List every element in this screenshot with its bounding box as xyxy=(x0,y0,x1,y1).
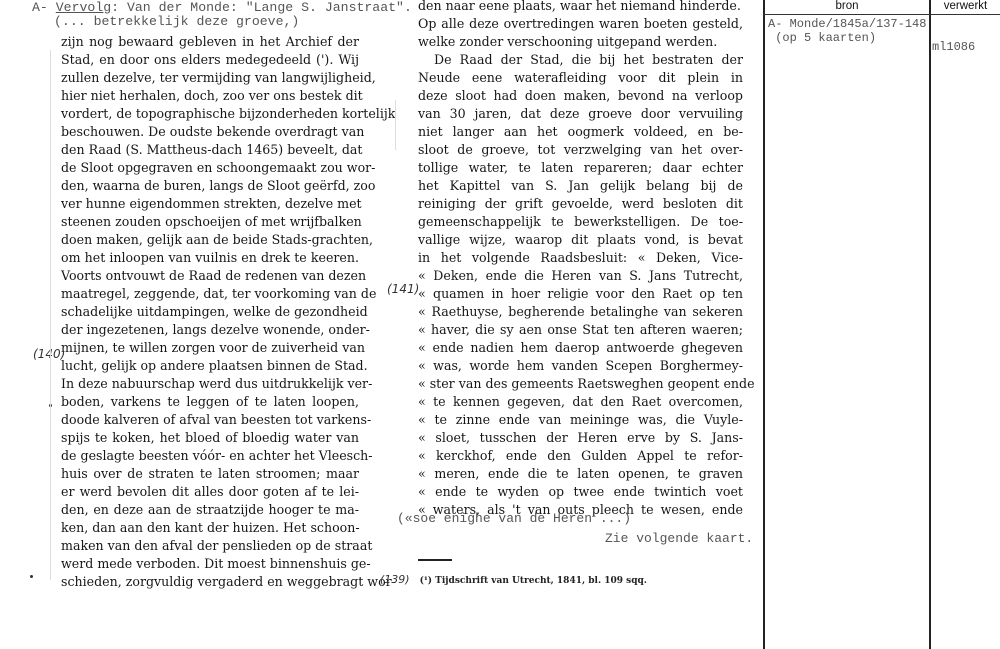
text-line: reiniging der grift gevoelde, werd beslo… xyxy=(418,195,743,213)
text-line: « sloet, tusschen der Heren erve by S. J… xyxy=(418,429,743,447)
scan-margin-line xyxy=(50,50,51,580)
bron-line-2: (op 5 kaarten) xyxy=(768,31,876,45)
text-line: « was, worde hem vanden Scepen Borgherme… xyxy=(418,357,743,375)
text-line: « meren, ende die te laten openen, te gr… xyxy=(418,465,743,483)
text-line: Stad, en door ons elders medegedeeld (')… xyxy=(61,51,359,69)
table-border-left xyxy=(763,0,765,649)
header-text: : Van der Monde: "Lange S. Janstraat". xyxy=(111,0,412,15)
next-card-note: Zie volgende kaart. xyxy=(605,531,753,546)
text-line: steenen zouden opschoeijen of met wrijfb… xyxy=(61,213,359,231)
bron-line-1: A- Monde/1845a/137-148 xyxy=(768,17,926,31)
text-line: « ende nadien hem daerop antwoerde ghege… xyxy=(418,339,743,357)
verwerkt-value: ml1086 xyxy=(932,40,975,54)
text-line: « quamen in hoer religie voor den Raet o… xyxy=(418,285,743,303)
text-line: welke zonder verschooning uitgepand werd… xyxy=(418,33,743,51)
text-line: der ingezetenen, langs dezelve wonende, … xyxy=(61,321,359,339)
text-line: doode kalveren of afval van beesten tot … xyxy=(61,411,359,429)
text-line: Op alle deze overtredingen waren boeten … xyxy=(418,15,743,33)
footnote-text: (¹) Tijdschrift van Utrecht, 1841, bl. 1… xyxy=(420,576,647,586)
text-line: ver hunne eigendommen strekten, dezelve … xyxy=(61,195,359,213)
text-line: de geslagte beesten vóór- en achter het … xyxy=(61,447,359,465)
table-header-rule xyxy=(763,14,1000,15)
text-line: « haver, die sy aen onse Stat ten aftere… xyxy=(418,321,743,339)
column-header-verwerkt: verwerkt xyxy=(931,0,1000,12)
text-line: « te zinne ende van meininge was, die Vu… xyxy=(418,411,743,429)
text-line: den, en deze aan de straatzijde hooger t… xyxy=(61,501,359,519)
text-line: « ende te wyden op twee ende twintich vo… xyxy=(418,483,743,501)
text-line: gemeenschappelijk te bewerkstelligen. De… xyxy=(418,213,743,231)
footnote: (139)(¹) Tijdschrift van Utrecht, 1841, … xyxy=(380,573,647,586)
text-line: werd mede verboden. Dit moest binnenshui… xyxy=(61,555,359,573)
text-line: vallige wijze, waarop dit plaats vond, i… xyxy=(418,231,743,249)
text-line: schieden, zorgvuldig vergaderd en weggeb… xyxy=(61,573,359,591)
text-line: in het volgende Raadsbesluit: « Deken, V… xyxy=(418,249,743,267)
continuation-text: («soe enighe van de Heren ...) xyxy=(397,511,631,526)
text-line: lucht, gelijk op andere plaatsen binnen … xyxy=(61,357,359,375)
text-line: tollige water, te laten repareren; daar … xyxy=(418,159,743,177)
text-line: ken, dan aan den kant der huizen. Het sc… xyxy=(61,519,359,537)
text-line: doen maken, gelijk aan de beide Stads-gr… xyxy=(61,231,359,249)
text-line: den, waarna de buren, langs de Sloot geë… xyxy=(61,177,359,195)
header-prefix: A- xyxy=(32,0,56,15)
text-line: « kerckhof, ende den Gulden Appel te ref… xyxy=(418,447,743,465)
column-header-bron: bron xyxy=(765,0,929,12)
text-line: hier niet herhalen, doch, zoo ver ons be… xyxy=(61,87,359,105)
scan-dot xyxy=(30,575,33,578)
text-line: mijnen, te willen zorgen voor de zuiverh… xyxy=(61,339,359,357)
scan-margin-line xyxy=(395,100,396,150)
text-line: maatregel, zeggende, dat, ter voorkoming… xyxy=(61,285,359,303)
text-line: beschouwen. De oudste bekende overdragt … xyxy=(61,123,359,141)
right-text-column: den naar eene plaats, waar het niemand h… xyxy=(418,0,743,519)
text-line: het Kapittel van S. Jan gelijk belang bi… xyxy=(418,177,743,195)
text-line: sloot de groeve, tot verzwelging van het… xyxy=(418,141,743,159)
text-line: « te kennen gegeven, dat den Raet overco… xyxy=(418,393,743,411)
text-line: « Raethuyse, begherende betalinghe van s… xyxy=(418,303,743,321)
text-line: De Raad der Stad, die bij het bestraten … xyxy=(418,51,743,69)
footnote-divider xyxy=(418,559,452,561)
text-line: vordert, de topographische bijzonderhede… xyxy=(61,105,359,123)
text-line: zullen dezelve, ter vermijding van langw… xyxy=(61,69,359,87)
text-line: Voorts ontvouwt de Raad de redenen van d… xyxy=(61,267,359,285)
text-line: er werd bevolen dit alles door goten af … xyxy=(61,483,359,501)
text-line: huis over de straten te laten stroomen; … xyxy=(61,465,359,483)
text-line: niet langer aan het oogmerk voldeed, en … xyxy=(418,123,743,141)
text-line: zijn nog bewaard gebleven in het Archief… xyxy=(61,33,359,51)
text-line: om het inloopen van vuilnis en drek te k… xyxy=(61,249,359,267)
footnote-page-number: (139) xyxy=(380,573,410,586)
text-line: maken van den afval der penslieden op de… xyxy=(61,537,359,555)
text-line: « ster van des gemeents Raetsweghen geop… xyxy=(418,375,743,393)
text-line: deze sloot had doen maken, bevond na ver… xyxy=(418,87,743,105)
table-border-middle xyxy=(929,0,931,649)
left-text-column: zijn nog bewaard gebleven in het Archief… xyxy=(61,33,359,591)
text-line: spijs te koken, het bloed of bloedig wat… xyxy=(61,429,359,447)
text-line: den Raad (S. Mattheus-dach 1465) beveelt… xyxy=(61,141,359,159)
text-line: « Deken, ende die Heren van S. Jans Tutr… xyxy=(418,267,743,285)
header-label: Vervolg xyxy=(56,0,111,15)
text-line: de Sloot opgegraven en schoongemaakt zou… xyxy=(61,159,359,177)
text-line: den naar eene plaats, waar het niemand h… xyxy=(418,0,743,15)
page-number-note-141: (141) xyxy=(387,282,419,296)
card-header: A- Vervolg: Van der Monde: "Lange S. Jan… xyxy=(32,0,412,15)
text-line: boden, varkens te leggen of te laten loo… xyxy=(61,393,359,411)
text-line: van 30 jaren, dat deze groeve door vervu… xyxy=(418,105,743,123)
text-line: schadelijke uitdampingen, welke de gezon… xyxy=(61,303,359,321)
text-line: In deze nabuurschap werd dus uitdrukkeli… xyxy=(61,375,359,393)
text-line: Neude eene waterafleiding voor dit plein… xyxy=(418,69,743,87)
header-subline: (... betrekkelijk deze groeve,) xyxy=(54,14,299,29)
